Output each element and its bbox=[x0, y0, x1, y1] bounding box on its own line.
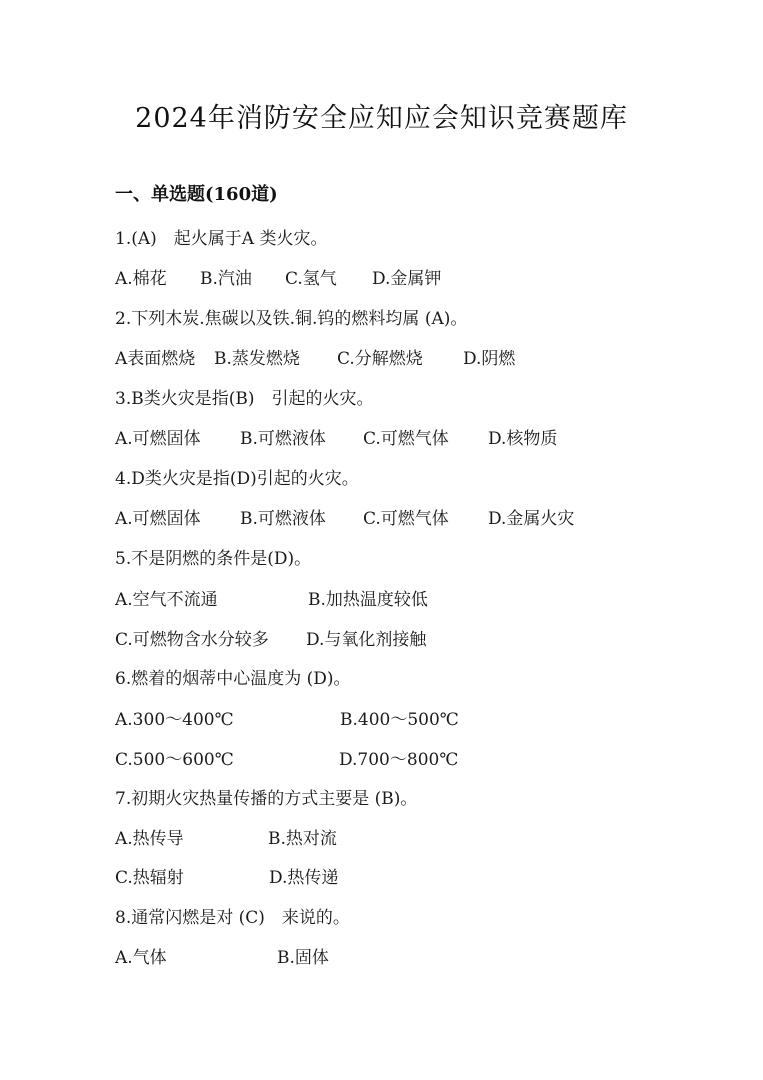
question-option: B.汽油 bbox=[200, 264, 252, 289]
question-option: C.可燃气体 bbox=[363, 424, 449, 449]
question-option: A.300～400℃ bbox=[115, 705, 234, 730]
question-option: D.热传递 bbox=[269, 863, 338, 888]
question-option: A.空气不流通 bbox=[115, 585, 218, 610]
question-option: D.核物质 bbox=[488, 424, 557, 449]
question-stem: 6.燃着的烟蒂中心温度为 (D)。 bbox=[115, 664, 351, 689]
question-option: B.400～500℃ bbox=[340, 705, 459, 730]
question-option: C.500～600℃ bbox=[115, 745, 234, 770]
question-stem: 2.下列木炭.焦碳以及铁.铜.钨的燃料均属 (A)。 bbox=[115, 304, 467, 329]
section-heading: 一、单选题(160道) bbox=[115, 180, 278, 206]
question-option: B.固体 bbox=[277, 943, 329, 968]
question-option: A.可燃固体 bbox=[115, 504, 201, 529]
question-option: C.氢气 bbox=[285, 264, 337, 289]
document-title: 2024年消防安全应知应会知识竞赛题库 bbox=[0, 96, 763, 135]
question-stem: 1.(A) 起火属于A 类火灾。 bbox=[115, 224, 327, 249]
question-option: A.可燃固体 bbox=[115, 424, 201, 449]
question-stem: 5.不是阴燃的条件是(D)。 bbox=[115, 544, 311, 569]
question-option: D.700～800℃ bbox=[339, 745, 458, 770]
question-option: B.热对流 bbox=[268, 824, 337, 849]
question-option: D.金属钾 bbox=[372, 264, 441, 289]
question-option: A.热传导 bbox=[115, 824, 184, 849]
question-option: A.气体 bbox=[115, 943, 167, 968]
question-option: B.可燃液体 bbox=[240, 424, 326, 449]
question-option: A表面燃烧 bbox=[115, 344, 195, 369]
question-option: C.可燃气体 bbox=[363, 504, 449, 529]
question-option: D.金属火灾 bbox=[488, 504, 574, 529]
question-option: C.热辐射 bbox=[115, 863, 184, 888]
question-option: D.阴燃 bbox=[463, 344, 515, 369]
question-option: B.可燃液体 bbox=[240, 504, 326, 529]
question-stem: 7.初期火灾热量传播的方式主要是 (B)。 bbox=[115, 784, 417, 809]
question-stem: 8.通常闪燃是对 (C) 来说的。 bbox=[115, 903, 350, 928]
question-option: C.可燃物含水分较多 bbox=[115, 625, 269, 650]
question-option: B.加热温度较低 bbox=[308, 585, 428, 610]
question-option: D.与氧化剂接触 bbox=[306, 625, 426, 650]
question-option: B.蒸发燃烧 bbox=[214, 344, 300, 369]
question-stem: 4.D类火灾是指(D)引起的火灾。 bbox=[115, 464, 359, 489]
question-option: A.棉花 bbox=[115, 264, 167, 289]
question-option: C.分解燃烧 bbox=[337, 344, 423, 369]
document-page: 2024年消防安全应知应会知识竞赛题库 一、单选题(160道) 1.(A) 起火… bbox=[0, 0, 763, 1080]
question-stem: 3.B类火灾是指(B) 引起的火灾。 bbox=[115, 384, 373, 409]
